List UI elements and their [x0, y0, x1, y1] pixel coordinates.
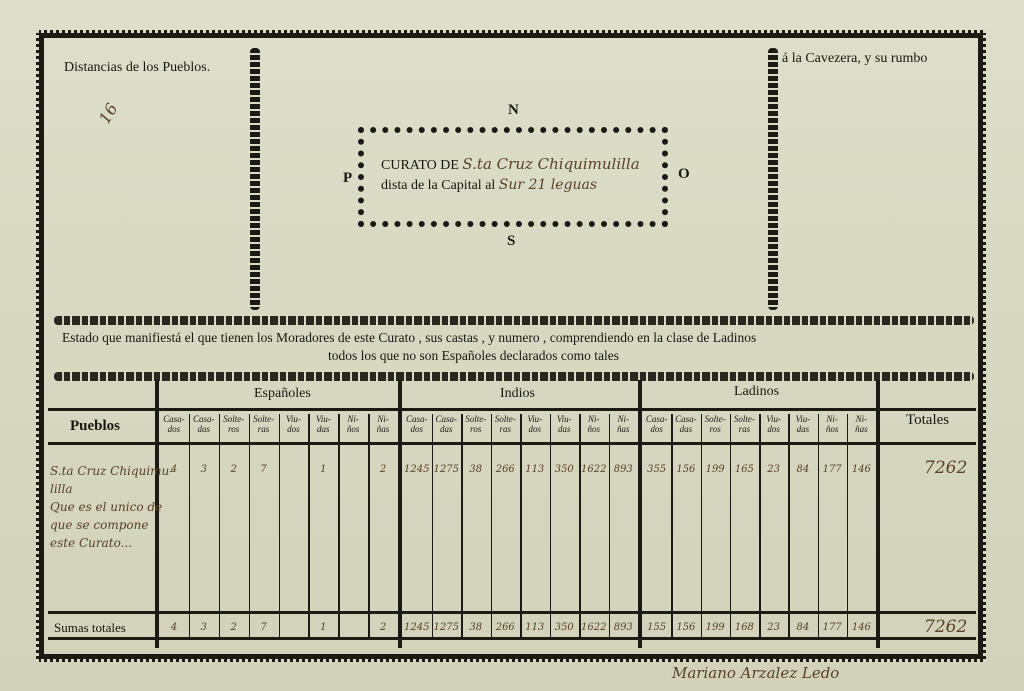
- subcolumn-label: das: [189, 424, 219, 434]
- subcolumn-label: dos: [520, 424, 550, 434]
- compass-east: O: [678, 166, 690, 183]
- cavezera-heading: á la Cavezera, y su rumbo: [782, 51, 927, 67]
- sum-ladinos: 155: [642, 622, 671, 633]
- sum-espanoles: 3: [189, 622, 219, 633]
- compass-south: S: [507, 233, 515, 250]
- subcolumn-label: ños: [818, 424, 847, 434]
- pueblo-line: lilla: [50, 482, 73, 496]
- sum-ladinos: 168: [730, 622, 759, 633]
- subcolumn-label: ras: [491, 424, 521, 434]
- cell-ladinos: 177: [818, 464, 847, 475]
- cell-espanoles: 7: [249, 464, 279, 475]
- subcolumn-label: ñas: [368, 424, 398, 434]
- cell-indios: 266: [491, 464, 521, 475]
- subcolumn-header: Ni-ños: [579, 414, 609, 434]
- rule: [701, 414, 703, 640]
- rule: [432, 414, 434, 640]
- curato-label: CURATO DE S.ta Cruz Chiquimulilla: [381, 155, 640, 174]
- chain-divider-top: [54, 316, 974, 325]
- subcolumn-header: Viu-dos: [520, 414, 550, 434]
- subcolumn-header: Solte-ros: [219, 414, 249, 434]
- subcolumn-label: Casa-: [189, 414, 219, 424]
- sum-ladinos: 23: [759, 622, 788, 633]
- rule: [730, 414, 732, 640]
- sum-indios: 266: [491, 622, 521, 633]
- subcolumn-header: Viu-das: [550, 414, 580, 434]
- cell-indios: 350: [550, 464, 580, 475]
- sum-ladinos: 146: [847, 622, 876, 633]
- subcolumn-header: Casa-das: [189, 414, 219, 434]
- subcolumn-label: Viu-: [308, 414, 338, 424]
- subcolumn-label: ros: [461, 424, 491, 434]
- subcolumn-header: Ni-ños: [818, 414, 847, 434]
- row-total: 7262: [924, 458, 967, 478]
- subcolumn-label: ras: [730, 424, 759, 434]
- subcolumn-label: Casa-: [432, 414, 462, 424]
- subcolumn-label: Viu-: [788, 414, 817, 424]
- cell-espanoles: 2: [219, 464, 249, 475]
- subcolumn-label: Viu-: [550, 414, 580, 424]
- subcolumn-label: das: [308, 424, 338, 434]
- rule: [48, 611, 976, 614]
- sum-indios: 113: [520, 622, 550, 633]
- subcolumn-label: Ni-: [338, 414, 368, 424]
- subcolumn-label: das: [788, 424, 817, 434]
- subcolumn-label: dos: [402, 424, 432, 434]
- rule: [308, 414, 310, 640]
- subcolumn-label: Casa-: [159, 414, 189, 424]
- subcolumn-label: Solte-: [730, 414, 759, 424]
- subcolumn-header: Viu-das: [788, 414, 817, 434]
- rule: [279, 414, 281, 640]
- cell-indios: 1622: [579, 464, 609, 475]
- rule: [876, 380, 880, 648]
- curato-name-handwritten: S.ta Cruz Chiquimulilla: [462, 155, 639, 173]
- group-indios: Indios: [500, 386, 535, 402]
- sum-ladinos: 177: [818, 622, 847, 633]
- subcolumn-header: Solte-ros: [701, 414, 730, 434]
- subcolumn-label: Solte-: [219, 414, 249, 424]
- subcolumn-label: Solte-: [461, 414, 491, 424]
- rule: [847, 414, 849, 640]
- rule: [671, 414, 673, 640]
- statement-line-1: Estado que manifiestá el que tienen los …: [62, 330, 756, 346]
- cell-indios: 1275: [432, 464, 462, 475]
- subcolumn-header: Casa-dos: [642, 414, 671, 434]
- subcolumn-label: das: [432, 424, 462, 434]
- rule: [48, 442, 976, 445]
- sum-espanoles: 4: [159, 622, 189, 633]
- subcolumn-label: dos: [759, 424, 788, 434]
- compass-north: N: [508, 102, 519, 119]
- subcolumn-label: dos: [279, 424, 309, 434]
- subcolumn-label: Ni-: [368, 414, 398, 424]
- cell-ladinos: 84: [788, 464, 817, 475]
- subcolumn-label: Viu-: [520, 414, 550, 424]
- sum-indios: 1275: [432, 622, 462, 633]
- sum-ladinos: 84: [788, 622, 817, 633]
- subcolumn-header: Casa-dos: [402, 414, 432, 434]
- sum-indios: 350: [550, 622, 580, 633]
- subcolumn-header: Viu-dos: [279, 414, 309, 434]
- subcolumn-label: dos: [159, 424, 189, 434]
- cell-indios: 1245: [402, 464, 432, 475]
- sum-espanoles: 2: [219, 622, 249, 633]
- chain-divider-right: [768, 48, 778, 310]
- rule: [461, 414, 463, 640]
- rule: [219, 414, 221, 640]
- cell-indios: 38: [461, 464, 491, 475]
- subcolumn-label: ras: [249, 424, 279, 434]
- cell-ladinos: 355: [642, 464, 671, 475]
- subcolumn-label: ñas: [609, 424, 639, 434]
- subcolumn-header: Ni-ñas: [368, 414, 398, 434]
- cell-indios: 893: [609, 464, 639, 475]
- sum-espanoles: 2: [368, 622, 398, 633]
- curato-printed: CURATO DE: [381, 158, 459, 173]
- pueblo-line: este Curato...: [50, 536, 132, 550]
- subcolumn-label: Casa-: [671, 414, 700, 424]
- subcolumn-label: Solte-: [491, 414, 521, 424]
- group-ladinos: Ladinos: [734, 384, 779, 400]
- sum-ladinos: 199: [701, 622, 730, 633]
- cell-espanoles: 3: [189, 464, 219, 475]
- subcolumn-label: Viu-: [759, 414, 788, 424]
- sums-total: 7262: [924, 617, 967, 637]
- subcolumn-label: Ni-: [818, 414, 847, 424]
- rule: [818, 414, 820, 640]
- cell-ladinos: 146: [847, 464, 876, 475]
- cell-ladinos: 156: [671, 464, 700, 475]
- subcolumn-label: ros: [219, 424, 249, 434]
- signature: Mariano Arzalez Ledo: [672, 664, 839, 682]
- subcolumn-label: Ni-: [579, 414, 609, 424]
- rule: [249, 414, 251, 640]
- subcolumn-header: Solte-ras: [249, 414, 279, 434]
- subcolumn-label: ros: [701, 424, 730, 434]
- subcolumn-label: ños: [338, 424, 368, 434]
- subcolumn-header: Solte-ras: [730, 414, 759, 434]
- subcolumn-header: Casa-dos: [159, 414, 189, 434]
- sum-espanoles: 1: [308, 622, 338, 633]
- rule: [189, 414, 191, 640]
- subcolumn-label: das: [550, 424, 580, 434]
- cell-indios: 113: [520, 464, 550, 475]
- subcolumn-header: Ni-ñas: [609, 414, 639, 434]
- distance-label: dista de la Capital al Sur 21 leguas: [381, 177, 597, 194]
- sums-label: Sumas totales: [54, 620, 126, 636]
- rule: [368, 414, 370, 640]
- subcolumn-label: Ni-: [847, 414, 876, 424]
- subcolumn-header: Ni-ñas: [847, 414, 876, 434]
- cell-ladinos: 165: [730, 464, 759, 475]
- pueblo-line: S.ta Cruz Chiquimu-: [50, 464, 173, 478]
- pueblos-header: Pueblos: [70, 418, 120, 435]
- rule: [48, 637, 976, 640]
- distancias-heading: Distancias de los Pueblos.: [64, 60, 210, 76]
- subcolumn-header: Solte-ros: [461, 414, 491, 434]
- cell-espanoles: 2: [368, 464, 398, 475]
- subcolumn-label: Solte-: [249, 414, 279, 424]
- rule: [759, 414, 761, 640]
- subcolumn-header: Viu-dos: [759, 414, 788, 434]
- subcolumn-label: Casa-: [642, 414, 671, 424]
- distance-handwritten: Sur 21 leguas: [499, 177, 597, 193]
- subcolumn-header: Casa-das: [671, 414, 700, 434]
- rule: [338, 414, 340, 640]
- chain-divider-left: [250, 48, 260, 310]
- subcolumn-header: Solte-ras: [491, 414, 521, 434]
- sum-ladinos: 156: [671, 622, 700, 633]
- statement-line-2: todos los que no son Españoles declarado…: [328, 348, 619, 364]
- cell-ladinos: 199: [701, 464, 730, 475]
- compass-west: P: [343, 170, 352, 187]
- pueblo-line: que se compone: [50, 518, 148, 532]
- subcolumn-label: Viu-: [279, 414, 309, 424]
- population-table: Españoles Indios Ladinos Pueblos Totales…: [48, 380, 976, 648]
- subcolumn-label: ños: [579, 424, 609, 434]
- rule: [579, 414, 581, 640]
- cell-ladinos: 23: [759, 464, 788, 475]
- sum-espanoles: 7: [249, 622, 279, 633]
- subcolumn-label: Ni-: [609, 414, 639, 424]
- rule: [491, 414, 493, 640]
- distance-printed: dista de la Capital al: [381, 178, 495, 193]
- rule: [609, 414, 611, 640]
- subcolumn-label: Casa-: [402, 414, 432, 424]
- subcolumn-header: Viu-das: [308, 414, 338, 434]
- sum-indios: 38: [461, 622, 491, 633]
- group-espanoles: Españoles: [254, 386, 311, 402]
- sum-indios: 1622: [579, 622, 609, 633]
- rule: [550, 414, 552, 640]
- subcolumn-label: das: [671, 424, 700, 434]
- subcolumn-label: ñas: [847, 424, 876, 434]
- rule: [48, 408, 976, 411]
- rule: [788, 414, 790, 640]
- subcolumn-label: Solte-: [701, 414, 730, 424]
- cell-espanoles: 1: [308, 464, 338, 475]
- sum-indios: 1245: [402, 622, 432, 633]
- subcolumn-header: Ni-ños: [338, 414, 368, 434]
- totales-header: Totales: [906, 412, 949, 429]
- subcolumn-header: Casa-das: [432, 414, 462, 434]
- pueblo-line: Que es el unico de: [50, 500, 162, 514]
- rule: [520, 414, 522, 640]
- subcolumn-label: dos: [642, 424, 671, 434]
- sum-indios: 893: [609, 622, 639, 633]
